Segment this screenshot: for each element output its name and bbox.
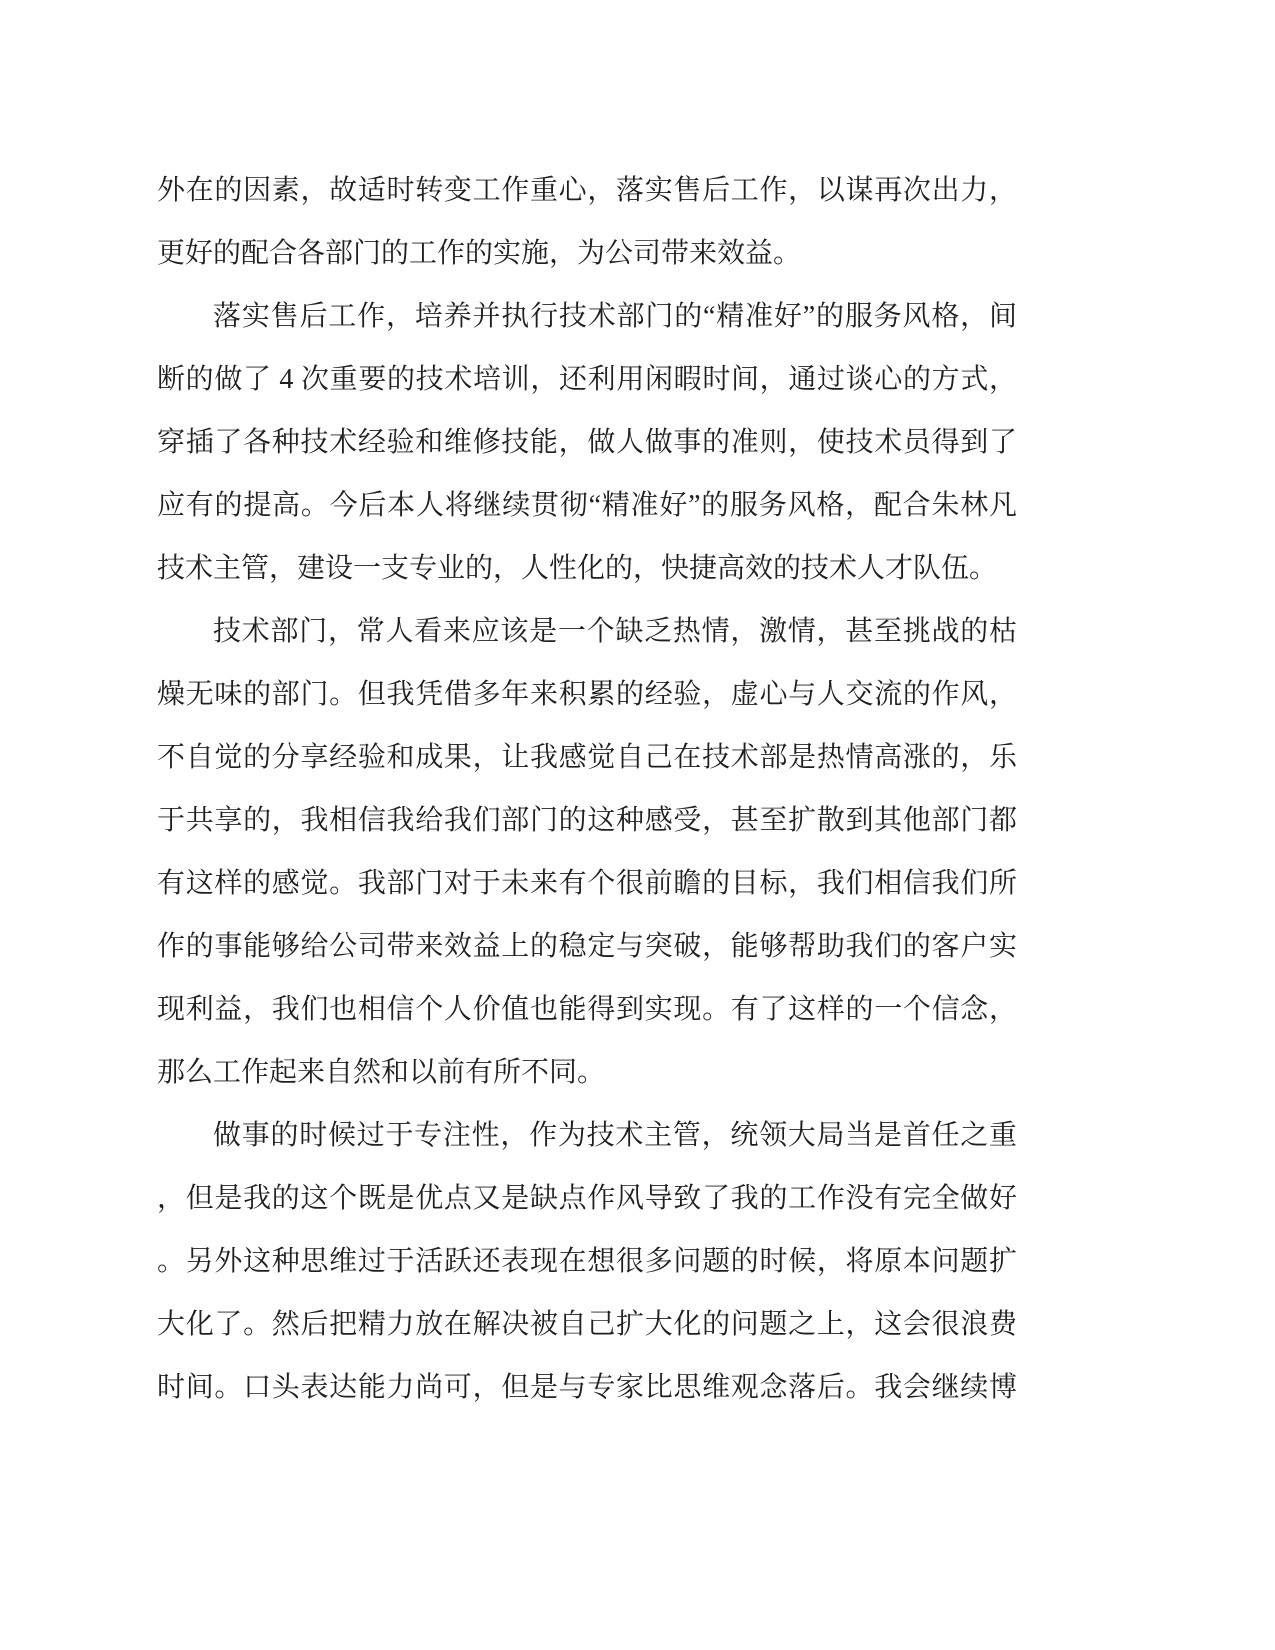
text-line: 不自觉的分享经验和成果，让我感觉自己在技术部是热情高涨的，乐 — [157, 726, 1017, 789]
text-line: 做事的时候过于专注性，作为技术主管，统领大局当是首任之重 — [157, 1104, 1017, 1167]
text-block: 外在的因素，故适时转变工作重心，落实售后工作，以谋再次出力， 更好的配合各部门的… — [157, 159, 1017, 1419]
document-page: 外在的因素，故适时转变工作重心，落实售后工作，以谋再次出力， 更好的配合各部门的… — [0, 0, 1275, 1650]
text-line: 落实售后工作，培养并执行技术部门的“精准好”的服务风格，间 — [157, 285, 1017, 348]
text-line: 有这样的感觉。我部门对于未来有个很前瞻的目标，我们相信我们所 — [157, 852, 1017, 915]
text-line: 现利益，我们也相信个人价值也能得到实现。有了这样的一个信念， — [157, 978, 1017, 1041]
text-line: 燥无味的部门。但我凭借多年来积累的经验，虚心与人交流的作风， — [157, 663, 1017, 726]
text-line: 穿插了各种技术经验和维修技能，做人做事的准则，使技术员得到了 — [157, 411, 1017, 474]
text-line: 技术部门，常人看来应该是一个缺乏热情，激情，甚至挑战的枯 — [157, 600, 1017, 663]
text-line: ，但是我的这个既是优点又是缺点作风导致了我的工作没有完全做好 — [157, 1167, 1017, 1230]
paragraph-1: 外在的因素，故适时转变工作重心，落实售后工作，以谋再次出力， 更好的配合各部门的… — [157, 159, 1017, 285]
text-line: 技术主管，建设一支专业的，人性化的，快捷高效的技术人才队伍。 — [157, 537, 1017, 600]
text-line: 作的事能够给公司带来效益上的稳定与突破，能够帮助我们的客户实 — [157, 915, 1017, 978]
paragraph-2: 落实售后工作，培养并执行技术部门的“精准好”的服务风格，间 断的做了 4 次重要… — [157, 285, 1017, 600]
text-line: 应有的提高。今后本人将继续贯彻“精准好”的服务风格，配合朱林凡 — [157, 474, 1017, 537]
paragraph-3: 技术部门，常人看来应该是一个缺乏热情，激情，甚至挑战的枯 燥无味的部门。但我凭借… — [157, 600, 1017, 1104]
paragraph-4: 做事的时候过于专注性，作为技术主管，统领大局当是首任之重 ，但是我的这个既是优点… — [157, 1104, 1017, 1419]
text-line: 断的做了 4 次重要的技术培训，还利用闲暇时间，通过谈心的方式， — [157, 348, 1017, 411]
text-line: 时间。口头表达能力尚可，但是与专家比思维观念落后。我会继续博 — [157, 1356, 1017, 1419]
text-line: 大化了。然后把精力放在解决被自己扩大化的问题之上，这会很浪费 — [157, 1293, 1017, 1356]
text-line: 外在的因素，故适时转变工作重心，落实售后工作，以谋再次出力， — [157, 159, 1017, 222]
text-line: 于共享的，我相信我给我们部门的这种感受，甚至扩散到其他部门都 — [157, 789, 1017, 852]
text-line: 。另外这种思维过于活跃还表现在想很多问题的时候，将原本问题扩 — [157, 1230, 1017, 1293]
text-line: 更好的配合各部门的工作的实施，为公司带来效益。 — [157, 222, 1017, 285]
text-line: 那么工作起来自然和以前有所不同。 — [157, 1041, 1017, 1104]
